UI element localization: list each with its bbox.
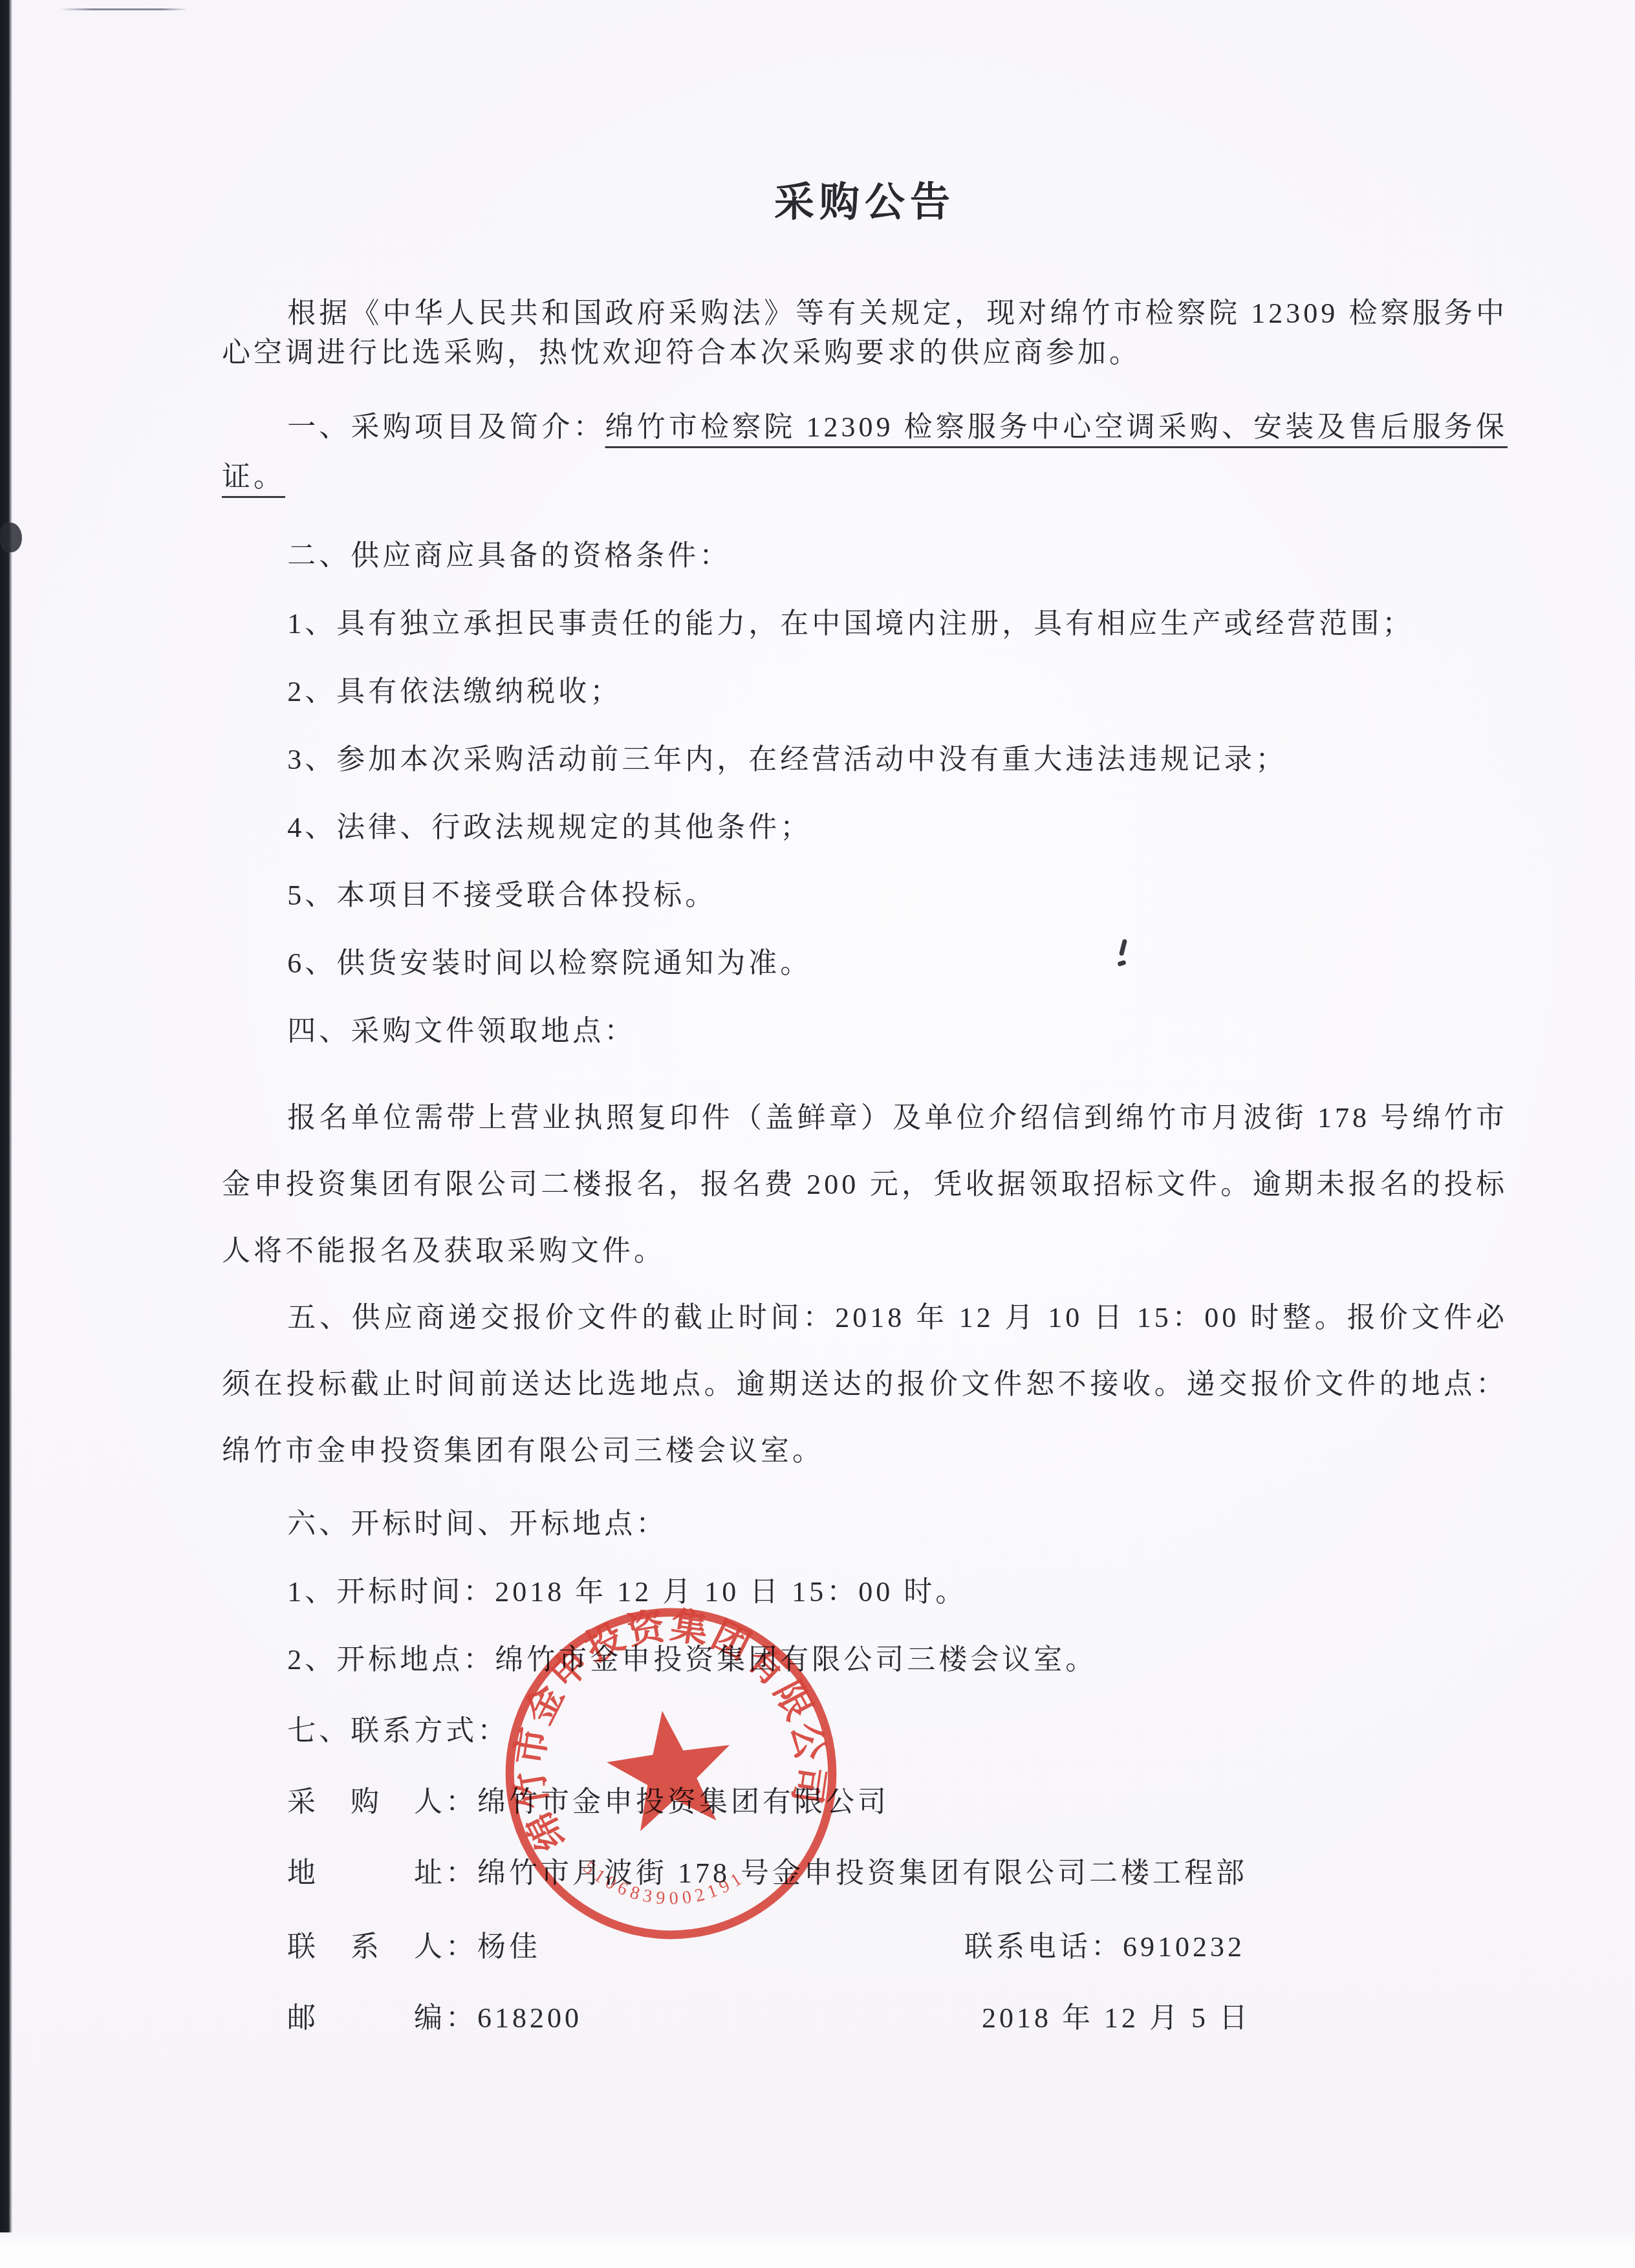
section-2-heading: 二、供应商应具备的资格条件： — [222, 539, 1508, 573]
document-date: 2018 年 12 月 5 日 — [982, 2002, 1251, 2035]
qualification-item-2: 2、具有依法缴纳税收； — [222, 675, 1508, 709]
section-4-heading: 四、采购文件领取地点： — [222, 1015, 1508, 1048]
contact-row-address: 地 址：绵竹市月波街 178 号金申投资集团有限公司二楼工程部 — [222, 1857, 1508, 1890]
scan-artifact-left-edge — [0, 0, 12, 2232]
section-5-body: 五、供应商递交报价文件的截止时间：2018 年 12 月 10 日 15：00 … — [222, 1284, 1508, 1484]
qualification-item-3: 3、参加本次采购活动前三年内，在经营活动中没有重大违法违规记录； — [222, 743, 1508, 777]
scan-artifact-top-hairline — [60, 8, 188, 10]
buyer-label: 采 购 人： — [287, 1786, 477, 1818]
section-4-body: 报名单位需带上营业执照复印件（盖鲜章）及单位介绍信到绵竹市月波街 178 号绵竹… — [222, 1085, 1508, 1284]
phone-value: 6910232 — [1123, 1931, 1245, 1963]
phone-label: 联系电话： — [964, 1931, 1123, 1963]
section-1-paragraph: 一、采购项目及简介：绵竹市检察院 12309 检察服务中心空调采购、安装及售后服… — [222, 402, 1508, 502]
contact-person-value: 杨佳 — [477, 1931, 541, 1963]
address-value: 绵竹市月波街 178 号金申投资集团有限公司二楼工程部 — [477, 1857, 1248, 1889]
scanned-document-page: 采购公告 根据《中华人民共和国政府采购法》等有关规定，现对绵竹市检察院 1230… — [0, 0, 1635, 2268]
section-7-heading: 七、联系方式： — [222, 1714, 1508, 1748]
contact-person-label: 联 系 人： — [287, 1931, 477, 1963]
page-title: 采购公告 — [222, 180, 1508, 226]
scan-artifact-bottom-band — [0, 2232, 1635, 2268]
qualification-item-6: 6、供货安装时间以检察院通知为准。 — [222, 947, 1508, 980]
qualification-item-4: 4、法律、行政法规规定的其他条件； — [222, 811, 1508, 845]
scan-artifact-edge-blob — [0, 523, 22, 552]
section-1-heading: 一、采购项目及简介： — [287, 411, 605, 443]
postcode-value: 618200 — [477, 2002, 582, 2034]
contact-row-postcode: 邮 编：6182002018 年 12 月 5 日 — [222, 2002, 1508, 2035]
bid-opening-time: 1、开标时间：2018 年 12 月 10 日 15：00 时。 — [222, 1575, 1508, 1609]
qualification-item-1: 1、具有独立承担民事责任的能力，在中国境内注册，具有相应生产或经营范围； — [222, 607, 1508, 641]
contact-row-person: 联 系 人：杨佳联系电话：6910232 — [222, 1930, 1508, 1964]
document-content: 采购公告 根据《中华人民共和国政府采购法》等有关规定，现对绵竹市检察院 1230… — [0, 0, 1635, 2268]
contact-row-buyer: 采 购 人：绵竹市金申投资集团有限公司 — [222, 1786, 1508, 1819]
buyer-value: 绵竹市金申投资集团有限公司 — [477, 1786, 889, 1818]
qualification-item-5: 5、本项目不接受联合体投标。 — [222, 879, 1508, 913]
phone-group: 联系电话：6910232 — [964, 1930, 1245, 1964]
scan-artifact-ink-speck — [1118, 939, 1127, 970]
intro-paragraph: 根据《中华人民共和国政府采购法》等有关规定，现对绵竹市检察院 12309 检察服… — [222, 294, 1508, 373]
address-label: 地 址： — [287, 1857, 477, 1889]
bid-opening-place: 2、开标地点：绵竹市金申投资集团有限公司三楼会议室。 — [222, 1643, 1508, 1677]
section-6-heading: 六、开标时间、开标地点： — [222, 1507, 1508, 1541]
postcode-label: 邮 编： — [287, 2002, 477, 2034]
